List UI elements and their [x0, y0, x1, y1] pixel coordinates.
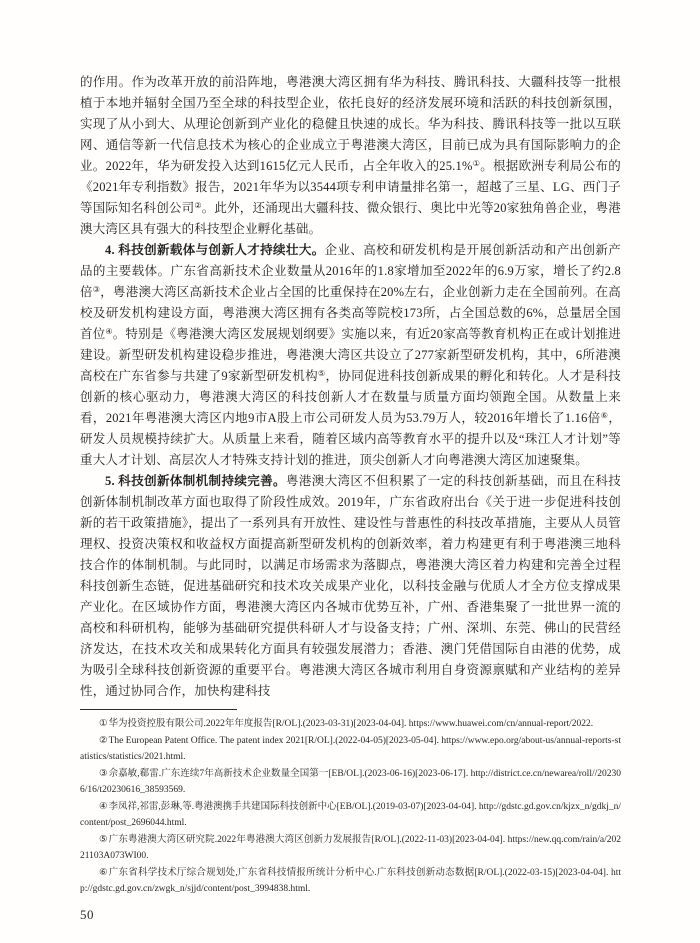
document-page: 的作用。作为改革开放的前沿阵地，粤港澳大湾区拥有华为科技、腾讯科技、大疆科技等一…	[0, 0, 700, 943]
footnote-text: The European Patent Office. The patent i…	[80, 736, 621, 763]
text-block: 的作用。作为改革开放的前沿阵地，粤港澳大湾区拥有华为科技、腾讯科技、大疆科技等一…	[80, 72, 621, 923]
footnote-text: 华为投资控股有限公司.2022年年度报告[R/OL].(2023-03-31)[…	[109, 719, 594, 729]
footnote-divider	[80, 709, 237, 710]
footnote-text: 李凤祥,祁雷,彭琳,等.粤港澳携手共建国际科技创新中心[EB/OL].(2019…	[80, 802, 621, 829]
footnote-mark: ①	[99, 719, 108, 729]
footnote-item: ①华为投资控股有限公司.2022年年度报告[R/OL].(2023-03-31)…	[80, 716, 621, 733]
text-run: 5. 科技创新体制机制持续完善。	[105, 474, 286, 488]
footnote-item: ③佘嘉敏,郗雷.广东连续7年高新技术企业数量全国第一[EB/OL].(2023-…	[80, 766, 621, 799]
footnote-mark: ⑥	[99, 868, 108, 878]
footnote-mark: ④	[99, 802, 108, 812]
footnote-item: ④李凤祥,祁雷,彭琳,等.粤港澳携手共建国际科技创新中心[EB/OL].(201…	[80, 799, 621, 832]
paragraph: 的作用。作为改革开放的前沿阵地，粤港澳大湾区拥有华为科技、腾讯科技、大疆科技等一…	[80, 72, 621, 240]
footnote-text: 佘嘉敏,郗雷.广东连续7年高新技术企业数量全国第一[EB/OL].(2023-0…	[80, 769, 621, 796]
footnote-item: ⑤广东粤港澳大湾区研究院.2022年粤港澳大湾区创新力发展报告[R/OL].(2…	[80, 832, 621, 865]
footnote-item: ②The European Patent Office. The patent …	[80, 733, 621, 766]
footnote-mark: ②	[99, 736, 108, 746]
footnote-ref: ⑤	[318, 369, 326, 378]
paragraph: 5. 科技创新体制机制持续完善。粤港澳大湾区不但积累了一定的科技创新基础，而且在…	[80, 471, 621, 702]
footnote-text: 广东省科学技术厅综合规划处,广东省科技情报所统计分析中心.广东科技创新动态数据[…	[80, 868, 621, 895]
text-run: 4. 科技创新载体与创新人才持续壮大。	[105, 243, 325, 257]
footnote-mark: ⑤	[99, 835, 108, 845]
footnote-list: ①华为投资控股有限公司.2022年年度报告[R/OL].(2023-03-31)…	[80, 716, 621, 898]
footnote-text: 广东粤港澳大湾区研究院.2022年粤港澳大湾区创新力发展报告[R/OL].(20…	[80, 835, 621, 862]
footnote-ref: ②	[194, 201, 201, 210]
footnote-mark: ③	[99, 769, 108, 779]
text-run: 粤港澳大湾区不但积累了一定的科技创新基础，而且在科技创新体制机制改革方面也取得了…	[80, 474, 621, 698]
footnote-item: ⑥广东省科学技术厅综合规划处,广东省科技情报所统计分析中心.广东科技创新动态数据…	[80, 865, 621, 898]
footnote-ref: ④	[105, 327, 112, 336]
paragraph: 4. 科技创新载体与创新人才持续壮大。企业、高校和研发机构是开展创新活动和产出创…	[80, 240, 621, 471]
body-text: 的作用。作为改革开放的前沿阵地，粤港澳大湾区拥有华为科技、腾讯科技、大疆科技等一…	[80, 72, 621, 702]
page-number: 50	[80, 907, 621, 923]
